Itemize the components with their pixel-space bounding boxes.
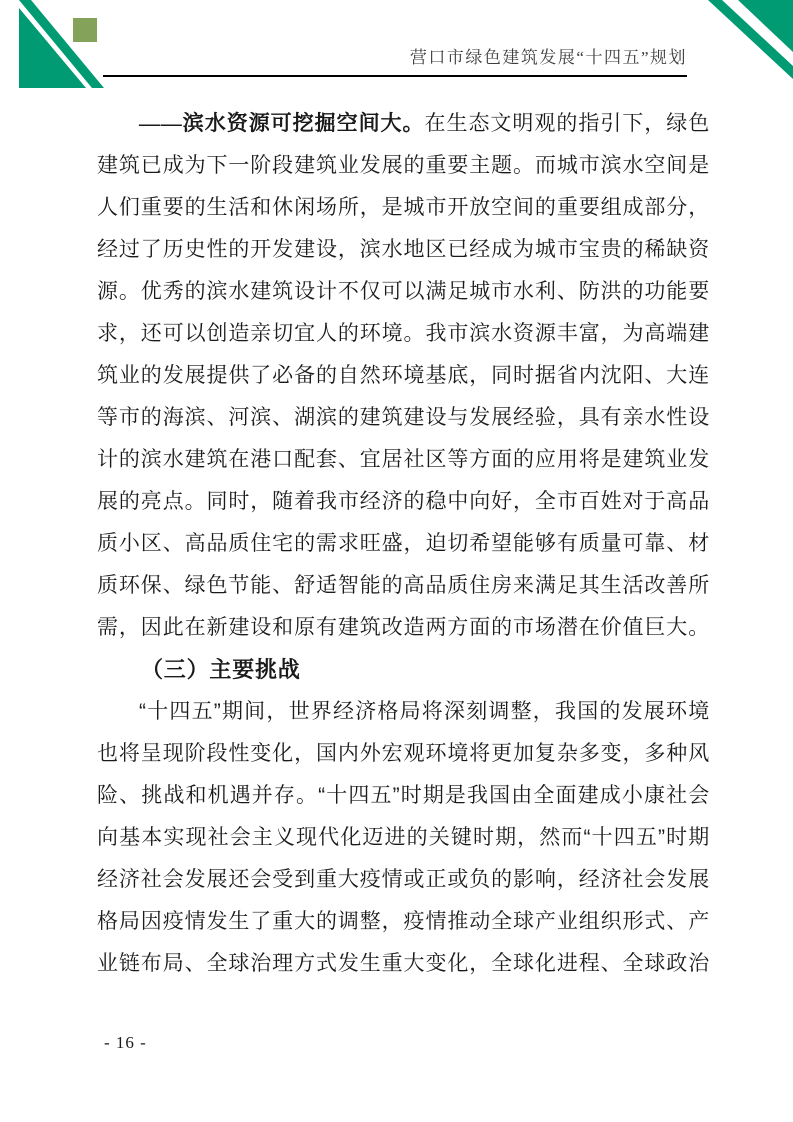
document-page: 营口市绿色建筑发展“十四五”规划 ——滨水资源可挖掘空间大。在生态文明观的指引下… <box>0 0 793 1122</box>
paragraph-body-text: 在生态文明观的指引下，绿色建筑已成为下一阶段建筑业发展的重要主题。而城市滨水空间… <box>97 112 710 639</box>
corner-ribbon-top-left-icon <box>0 0 120 95</box>
paragraph-lead-bold: ——滨水资源可挖掘空间大。 <box>139 111 425 135</box>
corner-ribbon-top-right-icon <box>698 0 793 85</box>
olive-square-icon <box>73 18 97 42</box>
document-body: ——滨水资源可挖掘空间大。在生态文明观的指引下，绿色建筑已成为下一阶段建筑业发展… <box>97 102 710 985</box>
paragraph-waterfront-resources: ——滨水资源可挖掘空间大。在生态文明观的指引下，绿色建筑已成为下一阶段建筑业发展… <box>97 102 710 649</box>
olive-square-fill <box>73 18 97 42</box>
paragraph-challenges: “十四五”期间，世界经济格局将深刻调整，我国的发展环境也将呈现阶段性变化，国内外… <box>97 691 710 985</box>
page-number: - 16 - <box>104 1033 147 1053</box>
header-title: 营口市绿色建筑发展“十四五”规划 <box>410 48 687 67</box>
page-header: 营口市绿色建筑发展“十四五”规划 <box>103 46 687 77</box>
section-heading-main-challenges: （三）主要挑战 <box>97 649 710 691</box>
